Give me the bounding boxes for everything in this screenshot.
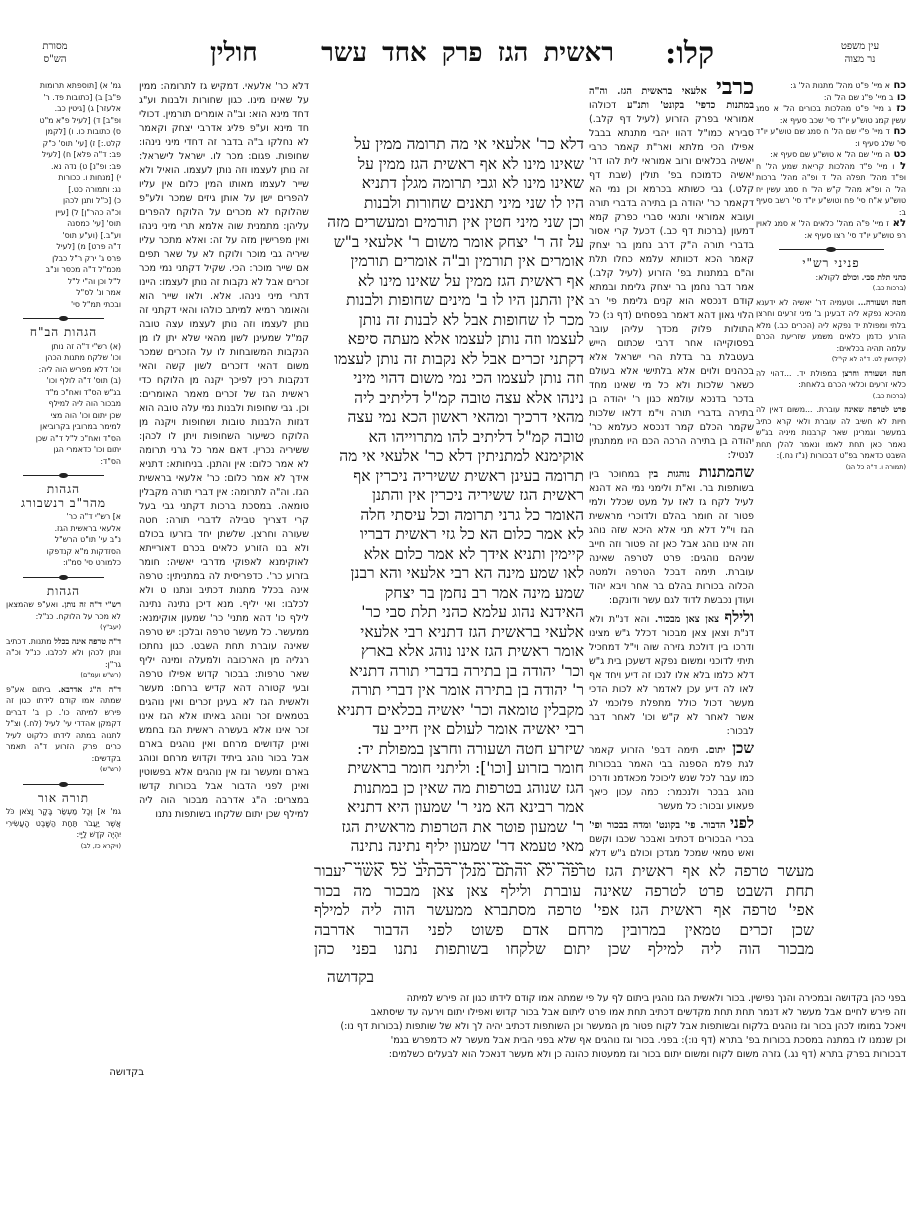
gemara-line: קיימין ותניא אידך לא אמר כלום אלא [314, 545, 584, 565]
ein-mishpat-ref: א מיי' פ"ט מהל' מתנות הל' ג: [790, 81, 890, 90]
penei-rashi-entry: חטה ושעורה וחרצן במפולת יד. ...דהוי לה כ… [756, 368, 906, 403]
tosafot-line: בעטבלת בר בדלת הרי ישראל אלא [589, 352, 754, 363]
gemara-wide-block: מעשר טרפה לא אף ראשית הגז טרפה לא והתם מ… [314, 862, 814, 987]
daf-number: קלו: [665, 36, 714, 71]
rashi-line: שמעינן לשון מהאי שלא יתן לו [153, 333, 286, 344]
rashi-line: וה"ה לתרומה: אין דברי תורה מקבלין [139, 487, 292, 498]
ornament-divider [23, 784, 104, 785]
maharab-text: א] רש"י ד"ה כר'אלעאי בראשית הגז.נ"ב עי' … [6, 511, 121, 569]
rashi-line: שכן יתום שלקחו בשותפות נתנו [155, 809, 283, 820]
gemara-line: וכן שני מיני חטין אין תורמים ומעשרים מזה [314, 213, 584, 233]
tosafot-section-word: שכן [732, 739, 754, 757]
tosafot-section-word: ולילף [724, 608, 754, 626]
hagahot-source: (רש"ש ועמ"ם) [6, 670, 121, 682]
ein-mishpat-entry: כז ג מיי' פ"ט מהלכות בכורים הל' א סמג עש… [756, 103, 906, 126]
gemara-line: חומר בזרוע [וכו']: וליתני חומר בראשית [314, 759, 584, 779]
gemara-line: שאינו מינו לא אף ראשית הגז ממין על [314, 155, 584, 175]
penei-rashi-head: חטה ושעורה... [854, 298, 906, 307]
rashi-line: הלבנות טובות ושחופות ויקנה מן [139, 417, 288, 428]
tosafot-bottom-line: בפני כהן בקדושה ובמכירה והנך נפישין. בכו… [86, 992, 906, 1006]
ein-mishpat-mark: כח [890, 126, 906, 137]
tosafot-column: כרבי אלעאי בראשית הגז. וה"ה במתנות כדפי'… [589, 80, 754, 860]
penei-rashi-text: לקולא: [815, 273, 839, 282]
bach-line: בג"ש הס"ד ואח"כ מ"ד [6, 387, 121, 399]
tosafot-bottom-line: דבכורות בפרק בתרא (דף נג.) גזרה משום לקו… [86, 1048, 906, 1062]
torah-or-title: תורה אור [6, 793, 121, 805]
masoret-line: ופ"ב] ד) [לעיל פ"א מ"ט [6, 115, 121, 127]
bach-line: וכו' שלקח מתנות הכהן [6, 352, 121, 364]
tosafot-bottom-line: וכן שנמנו לו במתנה במסכת בכורות בפ' בתרא… [86, 1034, 906, 1048]
gemara-line: מעשר טרפה לא אף ראשית הגז טרפה לא והתם מ… [314, 862, 814, 882]
tosafot-line: הכלוה בכורות בהלם בר אחר ויבא יהוד [589, 581, 754, 592]
tosafot-section-dibur: צאן צאן מבכור. [655, 614, 719, 625]
masoret-line: וע"ב.] (וע"ע תוס' [6, 230, 121, 242]
masoret-text: גמ' א) [תוספתא תרומותפ"ב] ב) [כתובות פד.… [6, 80, 121, 310]
gemara-line: אומרים אין תורמין וב"ה אומרים תורמין [314, 252, 584, 272]
rashi-line: כל מעשר טרפה ובלכן: יש טרפה [139, 627, 275, 638]
hagahot-head: ד"ה ה"ג אדרבא. [51, 685, 121, 694]
hagahot-source: (רש"ש) [6, 764, 121, 776]
gemara-line: הגז שנוהג בטרפות מה שאין כן במתנות [314, 779, 584, 799]
talmud-page: עין משפט נר מצוה קלו: ראשית הגז פרק אחד … [0, 0, 914, 1213]
rashi-line: שאינה עוברת תחת השבט. כגון [170, 641, 309, 652]
penei-rashi-source: (תמורה ו. ד"ה כל הנ) [756, 462, 906, 474]
hashas-label: הש"ס [20, 53, 90, 66]
tosafot-line: וזה אינו נוהג אבל כאן זה פטור וזה חייב [589, 539, 754, 550]
masoret-line: ס) כתובות כו. ו) [לקמן [6, 126, 121, 138]
tosafot-section-text: במחוכר בין בשותפות בר. וא"ת ולימני נמי ה… [589, 469, 754, 606]
torah-or-text: גמ' א] וְכָל מַעְשַׂר בָּקָר וָצֹאן כֹּל… [6, 806, 121, 841]
gemara-line: מכר לו שחופות אבל לא לבנות זה נותן [314, 311, 584, 331]
hagahot-text: רש"י ד"ה זה נותן. ואע"פ שהמצאן לא מכר על… [6, 599, 121, 776]
penei-rashi-entry: פרט לטרפה שאינה עוברת. ...משום דאין לה ח… [756, 404, 906, 473]
tosafot-line: בכהנים ולוים אלא בלתישי אלא בעולם [589, 366, 754, 377]
masoret-line: כ) [כ"ל ותנן לכהן [6, 195, 121, 207]
gemara-line: אוקימנא למתניתין דלא כר' אלעאי אי מה [314, 447, 584, 467]
gemara-column: דלא כר' אלעאי אי מה תרומה ממין עלשאינו מ… [314, 135, 584, 865]
ein-mishpat-header: עין משפט נר מצוה [820, 40, 900, 66]
penei-rashi-source: (קידושין לט. ד"ה לא קי"ל) [756, 354, 906, 366]
tosafot-text: דכולהו אמוראי בפרק הזרוע (לעיל דף קלב.) … [589, 100, 754, 461]
bach-line: (ב) תוס' ד"ה לולף וכו' [6, 375, 121, 387]
ein-mishpat-ref: ג מיי' פ"ט מהלכות בכורים הל' א סמג עשין … [756, 104, 906, 125]
bach-line: יתום וכו' כדאמרי הגן [6, 444, 121, 456]
hagahot-entry: ד"ה טרפה אינה בכלל מתנות. דכתיב ונתן לכה… [6, 636, 121, 682]
masoret-line: וכ"ה כהר"ן] ל) [עיין [6, 207, 121, 219]
masoret-line: גמ' א) [תוספתא תרומות [6, 80, 121, 92]
gemara-line: לא אמר כלום הא כל גזי ראשית דבריו [314, 525, 584, 545]
gemara-line: שיזרע חטה ושעורה וחרצן במפולת יד: [314, 740, 584, 760]
ein-mishpat-label: עין משפט [820, 40, 900, 53]
ein-mishpat-mark: ל [894, 161, 906, 172]
masoret-line: אלעזר] ג) [גיטין כב. [6, 103, 121, 115]
bach-line: הס"ד ואח"כ ל"ל ד"ה שכן [6, 433, 121, 445]
gemara-line: רבי יאשיה אומר לעולם אין חייב עד [314, 720, 584, 740]
tosafot-line: בכרי הבכורים דכתיב ואבכר [640, 834, 754, 845]
masoret-label: מסורת [20, 40, 90, 53]
penei-rashi-head: חטה ושעורה וחרצן [837, 369, 906, 378]
masoret-line: פרס ג' ירק ר"ל כבלן [6, 253, 121, 265]
tosafot-line: בדכר בדנכא עולמא כגון ר' יהודה [603, 394, 754, 405]
ornament-divider [23, 577, 104, 578]
gemara-line: מבכור הוה ליה למילף שכן יתום שלקחו בשותפ… [314, 940, 814, 960]
ornament-divider [779, 249, 884, 250]
gemara-text: דלא כר' אלעאי אי מה תרומה ממין עלשאינו מ… [314, 135, 584, 865]
rashi-line: אינה בכלל מתנות דכתיב ונתנו [173, 585, 309, 596]
masoret-line: פ"ב] ב) [כתובות פד. ר' [6, 92, 121, 104]
hagahot-body: ביתום אע"פ שמתה אמו קודם לידתו כגון זה פ… [6, 685, 121, 763]
tosafot-section-text: תימה דבפ' הזרוע קאמר לגת פלמ הספנה בבי ה… [589, 745, 754, 812]
ein-mishpat-entries: כח א מיי' פ"ט מהל' מתנות הל' ג:כו ב מיי'… [756, 80, 906, 241]
masoret-line: פב: ד"ה פלא] ח) [לעיל [6, 149, 121, 161]
hagahot-title: הגהות [6, 586, 121, 598]
ein-mishpat-entry: ל ו מיי' פ"ד מהלכות קריאת שמע הל' ח ופ"ד… [756, 161, 906, 219]
gemara-line: נינהו אלא עצה טובה קמ"ל דליתיב ליה [314, 389, 584, 409]
ein-mishpat-entry: כח ד מיי' פ"י שם הל' ח סמג שם טוש"ע יו"ד… [756, 126, 906, 149]
gemara-line: וזה נותן לעצמו הכי נמי משום דהוי מיני [314, 369, 584, 389]
tosafot-section-text: בכרי הבכורים דכתיב ואבכר שכבו וקשם ואש ט… [589, 834, 754, 860]
rashi-line: קדושים מרחם ואין נוהגים בארם [139, 739, 291, 750]
tosafot-line: ודרכו בין דולכת גזירה שוה וי"ל [624, 642, 754, 653]
masoret-line: מכמ"ל ד"ה מכסר ונ"ב [6, 264, 121, 276]
bach-line: מבכור הוה ליה למילף [6, 398, 121, 410]
tosafot-section: ולילף צאן צאן מבכור. והא דנ"ת ולא דנ"ת ו… [589, 610, 754, 739]
penei-rashi-title: פניני רש"י [756, 258, 906, 270]
gemara-line: מאי טעמא דר' שמעון יליף נתינה נתינה [314, 837, 584, 857]
gemara-line: תחת השבט פרט לטרפה שאינה עוברת ולילף צאן… [314, 882, 814, 902]
rashi-line: אבל בכור נוהג ביתיד וקדוש [192, 753, 309, 764]
gemara-line: ראשית הגז ששיריה ניכרין אין והתנן [314, 486, 584, 506]
gemara-line: מקבלין טומאה וכר' יאשיה בכלאים דתניא [314, 701, 584, 721]
ein-mishpat-mark: כז [891, 103, 906, 114]
tosafot-line: תימה דבפ' הזרוע קאמר [589, 745, 699, 756]
maharab-line: א] רש"י ד"ה כר' [6, 511, 121, 523]
masoret-line: י) [מנחות ו. ככורות [6, 172, 121, 184]
tosafot-line: וי"ל דלא תני אלא היכא שזה נוהג [589, 525, 740, 536]
tosafot-line: קאמר הכא דכוותא עלמא כחלו תלת [589, 254, 754, 265]
tosafot-opening-word: כרבי [716, 80, 754, 100]
tosafot-section: שהמתנות נוהגות בין במחוכר בין בשותפות בר… [589, 465, 754, 608]
tosafot-section-dibur: נוהגות בין [649, 469, 690, 480]
ein-mishpat-ref: ד מיי' פ"י שם הל' ח סמג שם טוש"ע יו"ד סי… [756, 127, 906, 148]
rashi-line: ששיריה נכרין. דאם אמר כל גרני [171, 445, 309, 456]
rashi-line: אם שייר מוכר: הכי. שקיל דקתני [176, 263, 309, 274]
penei-rashi-entry: כהני תלת סבי. וכולם לקולא:(ברכות כב.) [756, 272, 906, 295]
gemara-line: מהאי דרכיך ומהאי ראשון הכא נמי עצה [314, 408, 584, 428]
gemara-line: טובה קמ"ל דליתיב להו מתרוייהו הא [314, 428, 584, 448]
tosafot-bottom: בפני כהן בקדושה ובמכירה והנך נפישין. בכו… [86, 992, 906, 1092]
tosafot-opening: כרבי אלעאי בראשית הגז. וה"ה במתנות כדפי'… [589, 80, 754, 463]
hagahot-entry: רש"י ד"ה זה נותן. ואע"פ שהמצאן לא מכר על… [6, 599, 121, 634]
gemara-line: אמר רבינא הא מני ר' שמעון היא דתניא [314, 798, 584, 818]
tosafot-section-text: והא דנ"ת ולא דנ"ת וצאן צאן מבכור דכלל ג"… [589, 614, 754, 737]
masoret-line: פב: ופ"נ] ט) נדה נא. [6, 161, 121, 173]
gemara-line: אף ראשית הגז ממין על שאינו מינו לא [314, 272, 584, 292]
tosafot-line: אמר דבר נחמן בר יצחק גלימת [621, 282, 754, 293]
tosafot-line: וה"ם במתנות בפ' הזרוע (לעיל קלב.) [589, 268, 754, 279]
gemara-line: אלעאי בראשית הגז דתניא רבי אלעאי [314, 623, 584, 643]
gemara-line: אפי' טרפה אף ראשית הגז אפי' טרפה מסתברא … [314, 901, 814, 921]
rashi-column: דלא כר' אלעאי. דמקיש גז לתרומה: ממין על … [139, 80, 309, 990]
gemara-line: תרומה בעינן ראשית ששיריה ניכרין אף [314, 467, 584, 487]
tosafot-bottom-line: ויאכל במומו לכהן בכור וגז נוהגים בלקוח ו… [86, 1020, 906, 1034]
tosafot-line: שניהם נוהגים: פרט לטרפה שאינה [589, 553, 754, 564]
gemara-line: אומר ראשית הגז אינו נוהג אלא בארץ [314, 642, 584, 662]
ein-mishpat-entry: כח א מיי' פ"ט מהל' מתנות הל' ג: [756, 80, 906, 92]
ein-mishpat-ref: ז מיי' פ"ה מהל' כלאים הל' א סמג לאוין רפ… [756, 219, 906, 240]
masoret-column: גמ' א) [תוספתא תרומותפ"ב] ב) [כתובות פד.… [6, 80, 121, 950]
ein-mishpat-ref: ו מיי' פ"ד מהלכות קריאת שמע הל' ח ופ"ד מ… [756, 162, 906, 217]
gemara-line: לעצמו וזה נותן לעצמו אלא מעתה סיפא [314, 330, 584, 350]
bach-line: למימר במרובין בקרוביאן [6, 421, 121, 433]
ein-mishpat-column: כח א מיי' פ"ט מהל' מתנות הל' ג:כו ב מיי'… [756, 80, 906, 600]
gemara-line: שמע מינה אמר רב נחמן בר יצחק [314, 584, 584, 604]
bach-text: (א) רש"י ד"ה זה נותןוכו' שלקח מתנות הכהן… [6, 341, 121, 468]
tosafot-line: בדברי תורה ה"ק דרב נחמן בר יצחק [589, 240, 754, 251]
ornament-divider [23, 318, 104, 319]
tosafot-bottom-text: בפני כהן בקדושה ובמכירה והנך נפישין. בכו… [86, 992, 906, 1062]
masoret-line: אמר ונ' לס"ל [6, 287, 121, 299]
masoret-line: ל"ל וכן וה"י ל"ל [6, 276, 121, 288]
ein-mishpat-mark: כט [890, 149, 906, 160]
tosafot-section: לפני הדבור. פי' בקונט' ומדה בבכור ופי' ב… [589, 816, 754, 860]
penei-rashi-head: כהני תלת סבי. וכולם [840, 273, 906, 282]
rashi-line: זה נותן לעצמו וזה נותן לעצמו. הואיל [157, 165, 309, 176]
tosafot-line: לגת פלמ הספנה בבי האמר בבכורות [589, 759, 754, 770]
tosafot-section-word: שהמתנות [699, 463, 754, 481]
penei-rashi-entries: כהני תלת סבי. וכולם לקולא:(ברכות כב.)חטה… [756, 272, 906, 474]
penei-rashi-source: (ברכות כב.) [756, 391, 906, 403]
gemara-line: דקתני זכרים אבל לא נקבות זה נותן לעצמו [314, 350, 584, 370]
rashi-line: הגז לא בעינן זכרים ואין נוהגים [139, 697, 279, 708]
perek-title: ראשית הגז פרק אחד עשר [321, 38, 614, 68]
maharab-line: נ"ב עי' תו"ט הרש"ל [6, 534, 121, 546]
masoret-line: קלט.:] ז) [עי' תוס' כ"ק [6, 138, 121, 150]
tosafot-bottom-last-word: בקדושה [109, 1066, 144, 1080]
maharab-line: כלמורט סי' סמ"ו: [6, 557, 121, 569]
rashi-line: גבי מוכר ולוקח לא על שאר תפים [139, 249, 286, 260]
rashi-line: בטמאים זכר ונוהג באיתו אלא [179, 711, 309, 722]
ein-mishpat-mark: כח [890, 80, 906, 91]
tosafot-line: ועודן נכבשת לדוד לגם עשר ודונקם: [609, 595, 754, 606]
tosafot-section-word: לפני [730, 814, 754, 832]
tosafot-line: וצאן צאן מבכור דכלל ג"ש מצינו [589, 628, 734, 639]
gemara-line: וכר' יהודה בן בתירה בדברי תורה דתניא [314, 662, 584, 682]
tosafot-section: שכן יתום. תימה דבפ' הזרוע קאמר לגת פלמ ה… [589, 741, 754, 814]
gemara-line: היו לו שני מיני תאנים שחורות ולבנות [314, 194, 584, 214]
masechet-title: חולין [210, 38, 258, 68]
tosafot-line: לאחר לא ק"ש וכו' לאחר דבר לבכור: [589, 712, 754, 737]
masoret-line: ד"ה פרט] מ) [לעיל [6, 241, 121, 253]
masoret-line: תוס' [עי' כמסנה [6, 218, 121, 230]
maharab-line: אלעאי בראשית הגז. [6, 523, 121, 535]
hagahot-source: (יעב"ץ) [6, 622, 121, 634]
penei-rashi-head: פרט לטרפה שאינה [840, 405, 906, 414]
hagahot-entry: ד"ה ה"ג אדרבא. ביתום אע"פ שמתה אמו קודם … [6, 684, 121, 776]
penei-rashi-source: (ברכות כב.) [756, 283, 906, 295]
ner-mitzva-label: נר מצוה [820, 53, 900, 66]
gemara-line: על זה ר' יצחק אומר משום ר' אלעאי ב"ש [314, 233, 584, 253]
tosafot-line: כשאר שלכות ולא כל מי שאינו מחד [589, 380, 754, 391]
masoret-line: נג: ותמורה כט.] [6, 184, 121, 196]
masoret-header: מסורת הש"ס [20, 40, 90, 66]
ein-mishpat-entry: כו ב מיי' פ"נ שם הל' ה: [756, 92, 906, 104]
hagahot-head: ד"ה טרפה אינה בכלל [52, 637, 121, 646]
rashi-line: טומאה. במסכת ברכות דקתני [180, 501, 309, 512]
maharab-line: הסזדקות מ"א קנדפקו [6, 546, 121, 558]
gemara-line: אין והתנן היו לו ב' מינים שחופות ולבנות [314, 291, 584, 311]
maharab-title: הגהות [6, 484, 121, 496]
gemara-line: דלא כר' אלעאי אי מה תרומה ממין על [314, 135, 584, 155]
bach-title: הגהות הב"ח [6, 327, 121, 339]
gemara-line: האידנא נהוג עלמא כהני תלת סבי כר' [314, 603, 584, 623]
ornament-divider [23, 475, 104, 476]
bach-line: שכן יתום וכו' הוה מצי [6, 410, 121, 422]
hagahot-head: רש"י ד"ה זה נותן. [58, 600, 121, 609]
bach-line: (א) רש"י ד"ה זה נותן [6, 341, 121, 353]
rashi-line: הלוקח כשיעור השחופות ויתן לו לכהן: [139, 431, 309, 442]
gemara-line: שאינו מינו לא וגבי תרומה מגלן דתניא [314, 174, 584, 194]
gemara-last-word: בקדושה [327, 968, 374, 988]
ein-mishpat-mark: כו [893, 92, 906, 103]
ein-mishpat-ref: ה מיי' שם הל' א טוש"ע שם סעיף א: [770, 150, 890, 159]
rashi-text: דלא כר' אלעאי. דמקיש גז לתרומה: ממין על … [139, 80, 309, 822]
torah-or-source: (ויקרא כז, לב) [6, 841, 121, 853]
gemara-line: ר' יהודה בן בתירה אומר אין דברי תורה [314, 681, 584, 701]
gemara-line: שכן זכרים טמאין במרובין מרחם אדם פשוט לפ… [314, 921, 814, 941]
tosafot-bottom-line: וזה פירש לחיים אבל מעשר לא דנמר תחת תחת … [86, 1006, 906, 1020]
rashi-line: כדפריסית לה במתניתין: טרפה [139, 571, 266, 582]
ein-mishpat-mark: לא [889, 218, 906, 229]
rashi-line: נינהו. אלא. ולאו [186, 291, 268, 302]
masoret-line: ובכתי תמ"ל סי' [6, 299, 121, 311]
bach-line: וכו' דלא מפריש הוה ליה: [6, 364, 121, 376]
gemara-line: לאו שמע מינה הא רבי אלעאי והא רבנן [314, 564, 584, 584]
ein-mishpat-ref: ב מיי' פ"נ שם הל' ה: [824, 93, 894, 102]
ein-mishpat-entry: כט ה מיי' שם הל' א טוש"ע שם סעיף א: [756, 149, 906, 161]
bach-line: הס"ד: [6, 456, 121, 468]
gemara-line: ר' שמעון פוטר את הטרפות מראשית הגז [314, 818, 584, 838]
tosafot-line: כמו עבר לכל שנש ליכוכל מכאדמנ [613, 773, 754, 784]
tosafot-line: דמעון (ברכות דף כב.) דכעל קרי אסור [589, 226, 754, 237]
gemara-wide-text: מעשר טרפה לא אף ראשית הגז טרפה לא והתם מ… [314, 862, 814, 960]
tosafot-line: ועובא אמוראי ותנאי סברי כפרק קמא [589, 212, 754, 223]
penei-rashi-entry: חטה ושעורה... וטעמיה דר' יאשיה לא ידענא … [756, 297, 906, 366]
tosafot-line: מעשר [658, 801, 686, 812]
maharab-subtitle: מהר"ב רנשבורג [6, 498, 121, 510]
tosafot-line: עוברת. תימה דבכל הטרפה ולמטה [589, 567, 754, 578]
gemara-line: האומר כל גרני תרומה וכל עיסתי חלה [314, 506, 584, 526]
tosafot-line: כר' יהודה בן בתירה בדברי תורה [589, 198, 724, 209]
page-header: עין משפט נר מצוה קלו: ראשית הגז פרק אחד … [0, 36, 914, 76]
ein-mishpat-entry: לא ז מיי' פ"ה מהל' כלאים הל' א סמג לאוין… [756, 218, 906, 241]
tosafot-section-dibur: הדבור. פי' בקונט' ומדה בבכור ופי' [589, 820, 725, 831]
tosafot-section-dibur: יתום. [705, 745, 725, 756]
